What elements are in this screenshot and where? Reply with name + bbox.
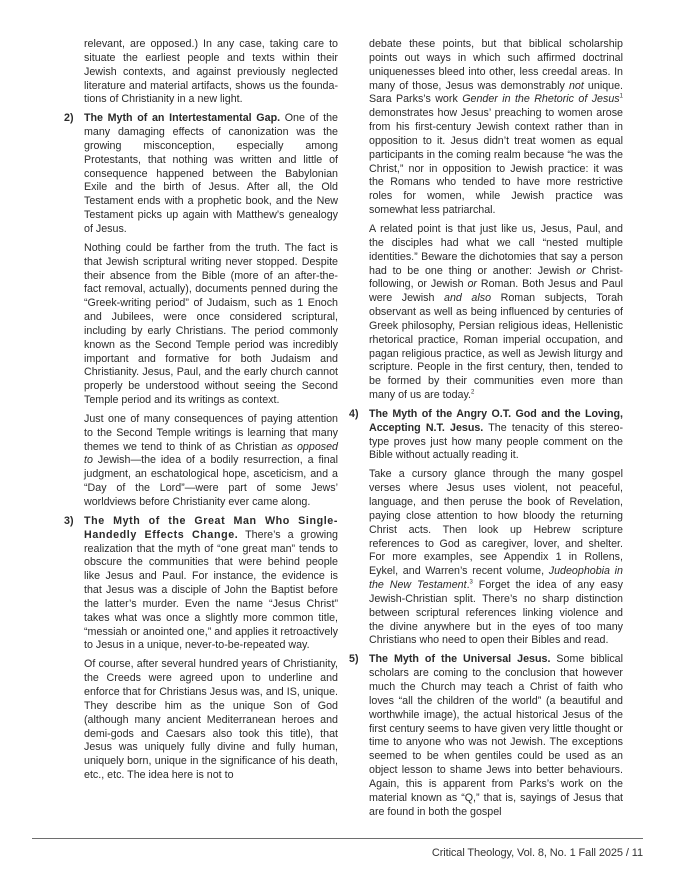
- intro-paragraph: relevant, are opposed.) In any case, tak…: [84, 38, 338, 107]
- item-number: 3): [64, 515, 74, 529]
- book-title: Gender in the Rhetoric of Jesus: [462, 93, 619, 105]
- footer-rule: [32, 838, 643, 839]
- item-number: 2): [64, 112, 74, 126]
- myth-item-3: 3) The Myth of the Great Man Who Single-…: [84, 515, 338, 783]
- item-title: The Myth of an Intertestamental Gap.: [84, 112, 280, 124]
- running-footer: Critical Theology, Vol. 8, No. 1 Fall 20…: [432, 847, 643, 859]
- item-paragraph: The Myth of the Great Man Who Single-Han…: [84, 515, 338, 653]
- body-paragraph: Take a cursory glance through the many g…: [369, 468, 623, 648]
- continued-paragraph: debate these points, but that biblical s…: [369, 38, 623, 218]
- item-title: The Myth of the Universal Jesus.: [369, 653, 550, 665]
- item-number: 4): [349, 408, 359, 422]
- myth-item-2: 2) The Myth of an Intertestamental Gap. …: [84, 112, 338, 510]
- item-paragraph: The Myth of an Intertestamental Gap. One…: [84, 112, 338, 237]
- right-column: debate these points, but that biblical s…: [369, 38, 623, 824]
- item-number: 5): [349, 653, 359, 667]
- footnote-ref: 2: [471, 390, 474, 396]
- item-paragraph: The Myth of the Angry O.T. God and the L…: [369, 408, 623, 463]
- item-paragraph: The Myth of the Universal Jesus. Some bi…: [369, 653, 623, 819]
- footnote-ref: 1: [620, 94, 623, 100]
- myth-item-5: 5) The Myth of the Universal Jesus. Some…: [369, 653, 623, 819]
- body-paragraph: A related point is that just like us, Je…: [369, 223, 623, 403]
- body-paragraph: Nothing could be farther from the truth.…: [84, 242, 338, 408]
- myth-item-4: 4) The Myth of the Angry O.T. God and th…: [369, 408, 623, 648]
- body-paragraph: Of course, after several hundred years o…: [84, 658, 338, 783]
- body-paragraph: Just one of many consequences of paying …: [84, 413, 338, 510]
- left-column: relevant, are opposed.) In any case, tak…: [84, 38, 338, 788]
